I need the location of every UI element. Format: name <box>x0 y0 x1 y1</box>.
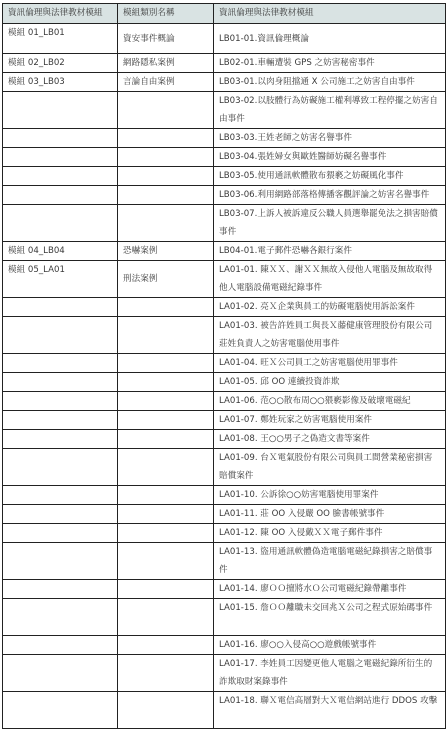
module-cell <box>3 636 118 655</box>
item-cell: LA01-08. 王○○男子之偽造文書等案件 <box>214 430 446 449</box>
table-row: LA01-13. 盜用通訊軟體偽造電腦電磁紀錄損害之賠償事件 <box>3 543 446 580</box>
item-cell: LA01-17. 李姓員工因變更他人電腦之電磁紀錄所衍生的詐欺取財案錄事件 <box>214 655 446 692</box>
category-cell <box>118 354 214 373</box>
item-cell: LB03-01.以肉身阻擋通 X 公司施工之妨害自由事件 <box>214 73 446 92</box>
header-row: 資訊倫理與法律教材模組 模組類別名稱 資訊倫理與法律教材模組 <box>3 4 446 24</box>
table-row: LB03-07.上訴人被訴違反公職人員選舉罷免法之損害賠償事件 <box>3 205 446 242</box>
table-row: LA01-14. 廖ＯＯ擅將水Ｏ公司電磁紀錄帶離事件 <box>3 580 446 599</box>
category-cell <box>118 449 214 486</box>
item-cell: LA01-09. 台Ｘ電氣股份有限公司與員工間營業秘密損害賠償案件 <box>214 449 446 486</box>
module-cell: 模組 02_LB02 <box>3 54 118 73</box>
module-cell: 模組 04_LB04 <box>3 242 118 261</box>
item-cell: LA01-07. 鄭姓玩家之妨害電腦使用案件 <box>214 411 446 430</box>
table-row: LA01-02. 亮Ｘ企業與員工的妨礙電腦使用訴訟案件 <box>3 298 446 317</box>
item-cell: LB02-01.車輛遭裝 GPS 之妨害秘密事件 <box>214 54 446 73</box>
item-cell: LB04-01.電子郵件恐嚇各銀行案件 <box>214 242 446 261</box>
module-cell <box>3 186 118 205</box>
module-cell <box>3 392 118 411</box>
category-cell <box>118 129 214 148</box>
category-cell: 恐嚇案例 <box>118 242 214 261</box>
module-cell <box>3 167 118 186</box>
table-row: LA01-12. 陳 OO 入侵戴ＸＸ電子郵件事件 <box>3 524 446 543</box>
item-cell: LB03-02.以肢體行為妨礙施工權利導致工程停擺之妨害自由事件 <box>214 92 446 129</box>
item-cell: LB03-06.利用網路部落格傳播客觀評論之妨害名譽事件 <box>214 186 446 205</box>
category-cell <box>118 373 214 392</box>
item-cell: LA01-12. 陳 OO 入侵戴ＸＸ電子郵件事件 <box>214 524 446 543</box>
table-row: LA01-06. 范○○散布周○○猥褻影像及破壞電磁紀 <box>3 392 446 411</box>
module-cell: 模組 05_LA01 <box>3 261 118 298</box>
table-row: LB03-04.張姓婦女與歐姓醫師妨礙名譽事件 <box>3 148 446 167</box>
item-cell: LA01-18. 聯Ｘ電信高層對大Ｘ電信網站進行 DDOS 攻擊 <box>214 692 446 722</box>
item-cell: LA01-05. 邱 OO 連續投資詐欺 <box>214 373 446 392</box>
table-row: LA01-03. 被告許姓員工與長Ｘ藤健康管理股份有限公司莊姓負責人之妨害電腦使… <box>3 317 446 354</box>
category-cell <box>118 524 214 543</box>
module-cell <box>3 92 118 129</box>
category-cell <box>118 580 214 599</box>
table-row: LA01-08. 王○○男子之偽造文書等案件 <box>3 430 446 449</box>
module-cell <box>3 205 118 242</box>
item-cell: LA01-13. 盜用通訊軟體偽造電腦電磁紀錄損害之賠償事件 <box>214 543 446 580</box>
table-row: LA01-09. 台Ｘ電氣股份有限公司與員工間營業秘密損害賠償案件 <box>3 449 446 486</box>
item-cell: LA01-15. 詹ＯＯ離職未交回兆Ｘ公司之程式原始碼事件 <box>214 599 446 636</box>
category-cell: 刑法案例 <box>118 261 214 298</box>
header-item: 資訊倫理與法律教材模組 <box>214 4 446 24</box>
module-cell <box>3 692 118 722</box>
module-cell <box>3 430 118 449</box>
module-cell <box>3 505 118 524</box>
category-cell <box>118 92 214 129</box>
module-table: 資訊倫理與法律教材模組 模組類別名稱 資訊倫理與法律教材模組 模組 01_LB0… <box>2 3 446 721</box>
item-cell: LA01-06. 范○○散布周○○猥褻影像及破壞電磁紀 <box>214 392 446 411</box>
category-cell <box>118 486 214 505</box>
module-cell <box>3 411 118 430</box>
table-row: LB03-06.利用網路部落格傳播客觀評論之妨害名譽事件 <box>3 186 446 205</box>
category-cell <box>118 298 214 317</box>
category-cell <box>118 599 214 636</box>
item-cell: LB03-07.上訴人被訴違反公職人員選舉罷免法之損害賠償事件 <box>214 205 446 242</box>
module-cell <box>3 580 118 599</box>
table-row: LB03-02.以肢體行為妨礙施工權利導致工程停擺之妨害自由事件 <box>3 92 446 129</box>
item-cell: LB03-05.使用通訊軟體散布猥褻之妨礙風化事件 <box>214 167 446 186</box>
header-category: 模組類別名稱 <box>118 4 214 24</box>
item-cell: LA01-16. 廖○○入侵高○○遊戲帳號事件 <box>214 636 446 655</box>
category-cell <box>118 317 214 354</box>
table-row: LB03-05.使用通訊軟體散布猥褻之妨礙風化事件 <box>3 167 446 186</box>
table-row: 模組 03_LB03 言論自由案例 LB03-01.以肉身阻擋通 X 公司施工之… <box>3 73 446 92</box>
category-cell <box>118 411 214 430</box>
table-row: 模組 01_LB01 資安事件概論 LB01-01.資訊倫理概論 <box>3 24 446 54</box>
item-cell: LB03-03.王姓老師之妨害名譽事件 <box>214 129 446 148</box>
category-cell <box>118 505 214 524</box>
table-row: LA01-16. 廖○○入侵高○○遊戲帳號事件 <box>3 636 446 655</box>
module-cell <box>3 599 118 636</box>
table-row: LA01-05. 邱 OO 連續投資詐欺 <box>3 373 446 392</box>
table-row: LA01-15. 詹ＯＯ離職未交回兆Ｘ公司之程式原始碼事件 <box>3 599 446 636</box>
item-cell: LA01-11. 莊 OO 入侵嚴 OO 臉書帳號事件 <box>214 505 446 524</box>
module-cell <box>3 148 118 167</box>
category-cell <box>118 392 214 411</box>
table-row: 模組 05_LA01 刑法案例 LA01-01. 陳ＸＸ、謝ＸＸ無故入侵他人電腦… <box>3 261 446 298</box>
table-row: 模組 02_LB02 網路隱私案例 LB02-01.車輛遭裝 GPS 之妨害秘密… <box>3 54 446 73</box>
item-cell: LA01-14. 廖ＯＯ擅將水Ｏ公司電磁紀錄帶離事件 <box>214 580 446 599</box>
item-cell: LA01-10. 公訴徐○○妨害電腦使用罪案件 <box>214 486 446 505</box>
module-cell <box>3 354 118 373</box>
item-cell: LA01-04. 旺Ｘ公司員工之妨害電腦使用罪事件 <box>214 354 446 373</box>
item-cell: LB03-04.張姓婦女與歐姓醫師妨礙名譽事件 <box>214 148 446 167</box>
module-cell <box>3 655 118 692</box>
category-cell <box>118 186 214 205</box>
module-cell: 模組 01_LB01 <box>3 24 118 54</box>
module-cell <box>3 373 118 392</box>
category-cell <box>118 205 214 242</box>
module-cell <box>3 317 118 354</box>
category-cell: 言論自由案例 <box>118 73 214 92</box>
category-cell <box>118 167 214 186</box>
module-cell <box>3 298 118 317</box>
category-cell <box>118 543 214 580</box>
category-cell <box>118 636 214 655</box>
module-cell <box>3 129 118 148</box>
module-cell <box>3 543 118 580</box>
category-cell: 資安事件概論 <box>118 24 214 54</box>
table-row: LA01-07. 鄭姓玩家之妨害電腦使用案件 <box>3 411 446 430</box>
category-cell <box>118 655 214 692</box>
category-cell <box>118 148 214 167</box>
table-row: LB03-03.王姓老師之妨害名譽事件 <box>3 129 446 148</box>
item-cell: LA01-02. 亮Ｘ企業與員工的妨礙電腦使用訴訟案件 <box>214 298 446 317</box>
category-cell <box>118 692 214 722</box>
module-cell <box>3 449 118 486</box>
table-row: 模組 04_LB04 恐嚇案例 LB04-01.電子郵件恐嚇各銀行案件 <box>3 242 446 261</box>
item-cell: LA01-03. 被告許姓員工與長Ｘ藤健康管理股份有限公司莊姓負責人之妨害電腦使… <box>214 317 446 354</box>
table-row: LA01-18. 聯Ｘ電信高層對大Ｘ電信網站進行 DDOS 攻擊 <box>3 692 446 722</box>
item-cell: LA01-01. 陳ＸＸ、謝ＸＸ無故入侵他人電腦及無故取得他人電腦設備電磁紀錄事… <box>214 261 446 298</box>
table-row: LA01-11. 莊 OO 入侵嚴 OO 臉書帳號事件 <box>3 505 446 524</box>
module-cell <box>3 524 118 543</box>
category-cell: 網路隱私案例 <box>118 54 214 73</box>
module-cell: 模組 03_LB03 <box>3 73 118 92</box>
category-cell <box>118 430 214 449</box>
table-row: LA01-10. 公訴徐○○妨害電腦使用罪案件 <box>3 486 446 505</box>
item-cell: LB01-01.資訊倫理概論 <box>214 24 446 54</box>
table-row: LA01-17. 李姓員工因變更他人電腦之電磁紀錄所衍生的詐欺取財案錄事件 <box>3 655 446 692</box>
table-row: LA01-04. 旺Ｘ公司員工之妨害電腦使用罪事件 <box>3 354 446 373</box>
module-cell <box>3 486 118 505</box>
header-module: 資訊倫理與法律教材模組 <box>3 4 118 24</box>
